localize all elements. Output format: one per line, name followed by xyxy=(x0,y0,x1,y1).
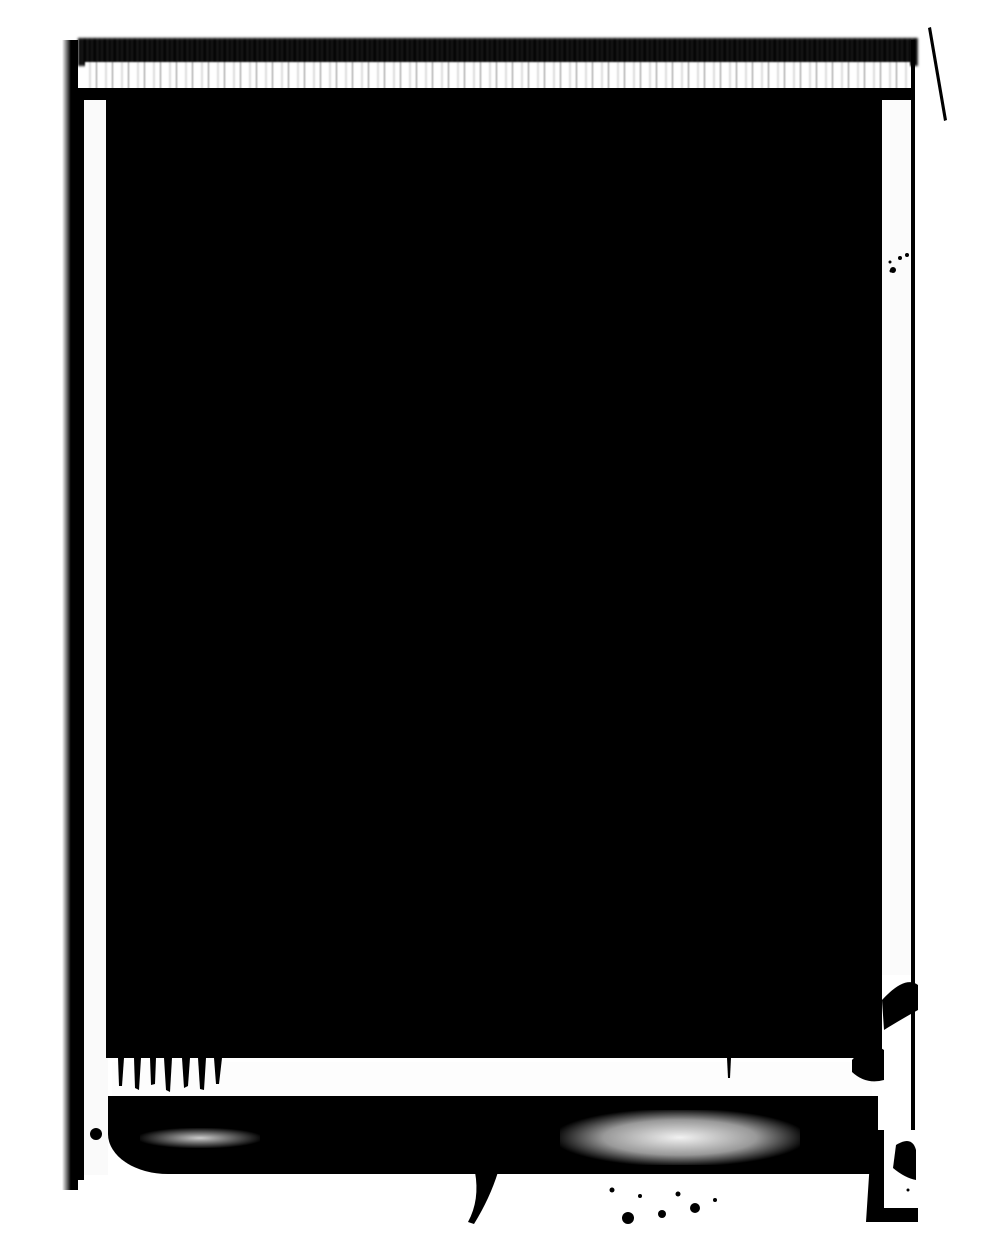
ink-drips-overlay xyxy=(0,0,1000,1250)
grunge-frame xyxy=(0,0,1000,1250)
